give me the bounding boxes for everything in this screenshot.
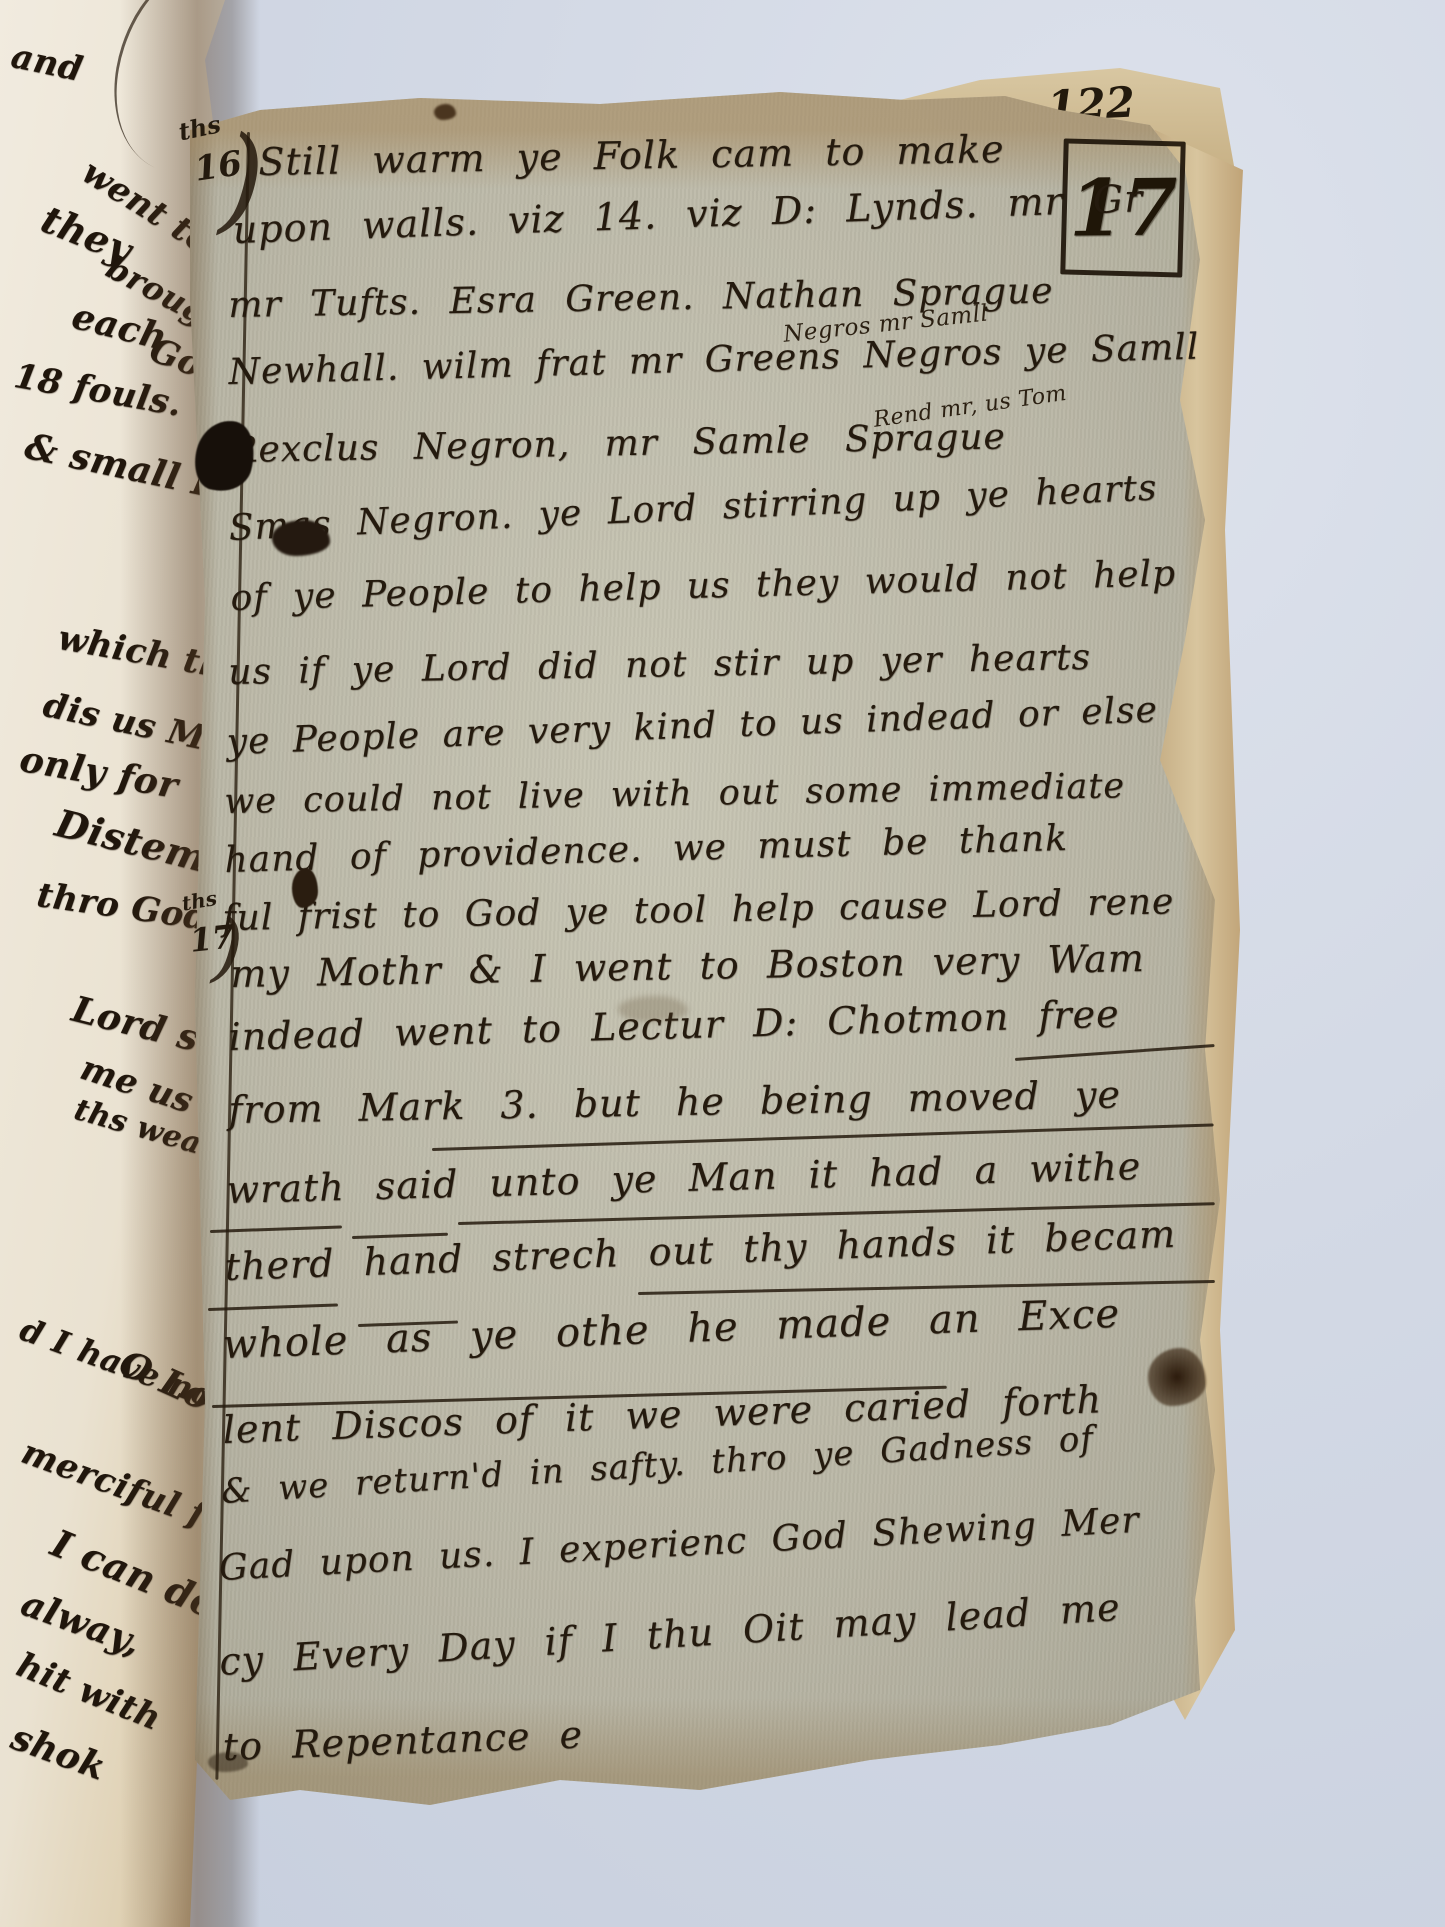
left-page-fragment: shok: [6, 1716, 112, 1789]
manuscript-photo: and went to they brought each God 18 fou…: [0, 0, 1445, 1927]
left-page-fragment: and: [8, 36, 87, 90]
main-page: [175, 85, 1235, 1820]
